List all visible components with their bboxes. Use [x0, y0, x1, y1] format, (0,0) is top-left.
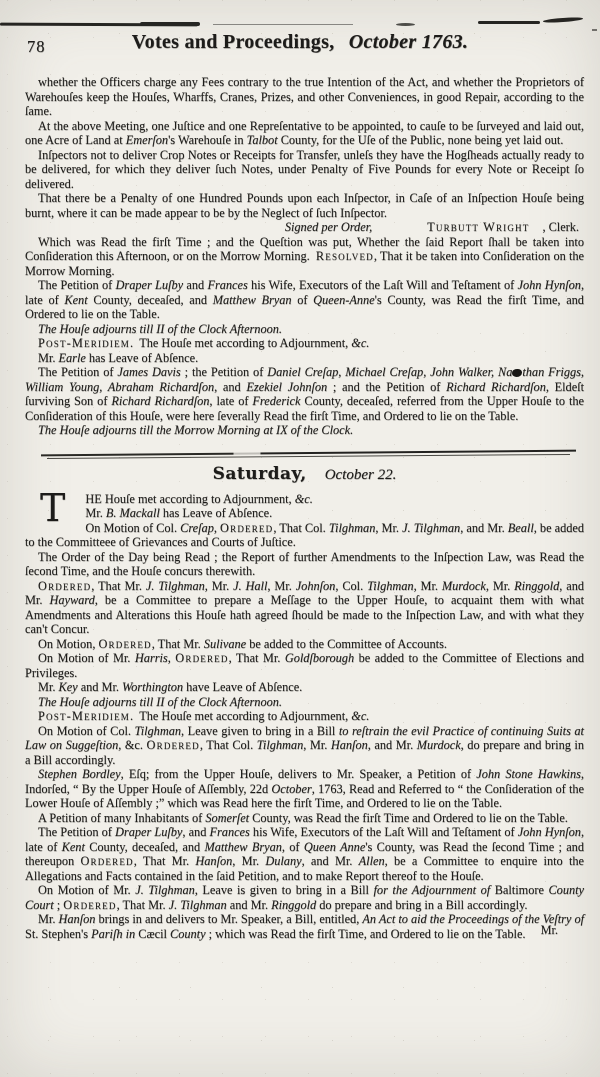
text-segment: Draper Luſby [115, 825, 182, 839]
text-segment: , Mr. [205, 579, 233, 593]
text-segment: ; and the Petition of [327, 380, 446, 394]
text-segment: Murdock [442, 579, 486, 593]
text-segment: Hanſon [59, 912, 96, 926]
text-segment: Stephen Bordley [38, 767, 121, 781]
text-segment: Mr. [85, 506, 106, 520]
paragraph: On Motion of Mr. J. Tilghman, Leave is g… [25, 883, 584, 912]
text-segment: brings in and delivers to Mr. Speaker, a… [95, 912, 362, 926]
text-segment: Sulivane [204, 637, 246, 651]
text-segment: Post-Meridiem [38, 336, 130, 350]
text-segment: has Leave of Abſence. [160, 506, 272, 520]
paragraph: On Motion of Col. Creſap, Ordered, That … [25, 521, 584, 550]
paragraph: The Order of the Day being Read ; the Re… [25, 550, 584, 579]
text-segment: Kent [62, 840, 85, 854]
text-segment: and Mr. [78, 680, 122, 694]
text-segment: , That Mr. [229, 651, 285, 665]
text-segment: , Mr. [375, 521, 402, 535]
text-segment: Post-Meridiem [38, 709, 130, 723]
scanned-document-page: 78 Votes and Proceedings, October 1763. … [0, 0, 600, 1077]
text-segment: &c. [351, 336, 369, 350]
paragraph: The Petition of Draper Luſby, and France… [25, 825, 584, 883]
text-segment: St. Stephen's [25, 927, 91, 941]
text-segment: Matthew Bryan [213, 293, 292, 307]
text-segment: That there be a Penalty of one Hundred P… [25, 191, 584, 220]
text-segment: On Motion of Mr. [38, 651, 135, 665]
section-saturday: Saturday, October 22. THE Houſe met acco… [25, 464, 584, 942]
text-segment: , Eſq; from the Upper Houſe, delivers to… [121, 767, 477, 781]
text-segment: , That Col. [273, 521, 329, 535]
text-segment: A Petition of many Inhabitants of [38, 811, 205, 825]
text-segment: The Petition of [38, 825, 115, 839]
text-segment: J. Tilghman [146, 579, 205, 593]
paragraph: Inſpectors not to deliver Crop Notes or … [25, 148, 584, 192]
text-segment: Ordered [98, 637, 151, 651]
text-segment: , That Mr. [152, 637, 204, 651]
paragraph: Post-Meridiem. The Houſe met according t… [25, 709, 584, 724]
text-segment: October [271, 782, 311, 796]
saturday-paragraphs: THE Houſe met according to Adjournment, … [25, 492, 584, 942]
text-segment: Daniel Creſap, Michael Creſap, John Walk… [267, 365, 512, 379]
text-segment: , late of [209, 394, 252, 408]
text-segment: , That Mr. [91, 579, 146, 593]
text-segment: Mr. [38, 680, 59, 694]
text-segment: Frederick [252, 394, 300, 408]
text-segment: whether the Officers charge any Fees con… [25, 75, 584, 118]
text-segment: and [183, 278, 207, 292]
paragraph: Which was Read the firſt Time ; and the … [25, 235, 584, 279]
text-segment: Tilghman [367, 579, 413, 593]
text-segment: County, deceaſed, and [88, 293, 213, 307]
text-segment: Richard Richardſon [111, 394, 209, 408]
text-segment: &c. [351, 709, 369, 723]
text-segment: The Order of the Day being Read ; the Re… [25, 550, 584, 579]
text-segment: Cæcil [135, 927, 170, 941]
paragraph: THE Houſe met according to Adjournment, … [25, 492, 584, 507]
text-segment: his Wife, Executors of the Laſt Will and… [248, 278, 518, 292]
text-segment: , Leave given to bring in a Bill [181, 724, 339, 738]
text-segment: J. Hall [233, 579, 267, 593]
paragraph: The Houſe adjourns till the Morrow Morni… [25, 423, 584, 438]
paragraph: Mr. B. Mackall has Leave of Abſence. [25, 506, 584, 521]
text-segment: Signed per Order, [272, 220, 372, 235]
text-segment: Tilghman [257, 738, 303, 752]
text-segment: Tilghman [329, 521, 375, 535]
text-segment: County, for the Uſe of the Public, none … [278, 133, 564, 147]
text-segment: Resolved [316, 249, 374, 263]
text-segment: Mr. [38, 912, 59, 926]
text-segment: Creſap [180, 521, 214, 535]
text-segment: , Mr. [303, 738, 331, 752]
text-segment: Beall [508, 521, 534, 535]
text-segment: James Davis [117, 365, 180, 379]
text-segment: ; [54, 898, 64, 912]
text-segment: On Motion of Col. [38, 724, 135, 738]
text-segment: Allen [359, 854, 385, 868]
paragraph: On Motion, Ordered, That Mr. Sulivane be… [25, 637, 584, 652]
paragraph: The Petition of Draper Luſby and Frances… [25, 278, 584, 322]
text-segment: Frances [207, 278, 247, 292]
text-segment: and Mr. [227, 898, 271, 912]
text-segment: The Petition of [38, 278, 116, 292]
drop-cap: T [25, 492, 72, 523]
text-segment: Goldſborough [285, 651, 354, 665]
text-segment: , That Col. [200, 738, 257, 752]
text-segment: Dulany [265, 854, 301, 868]
text-segment: J. Tilghman [135, 883, 195, 897]
text-segment: Tilghman [135, 724, 181, 738]
text-segment: County, deceaſed, and [85, 840, 205, 854]
text-segment: Ordered [63, 898, 116, 912]
text-segment: B. Mackall [106, 506, 160, 520]
text-segment: ; the Petition of [181, 365, 268, 379]
text-segment: Pariſh in [91, 927, 135, 941]
paragraph: A Petition of many Inhabitants of Somerſ… [25, 811, 584, 826]
text-segment: Hanſon [195, 854, 232, 868]
paragraph: Mr. Key and Mr. Worthington have Leave o… [25, 680, 584, 695]
text-segment: Baltimore [490, 883, 548, 897]
text-segment: . The Houſe met according to Adjournment… [130, 709, 351, 723]
paragraph: The Houſe adjourns till II of the Clock … [25, 322, 584, 337]
section-divider-rule [29, 449, 580, 460]
text-segment: Queen-Anne [313, 293, 374, 307]
text-segment: &c. [295, 492, 313, 506]
text-segment: , Mr. [267, 579, 295, 593]
text-segment: , That Mr. [134, 854, 196, 868]
text-segment: Harris [135, 651, 168, 665]
text-segment: Earle [59, 351, 86, 365]
text-segment: Draper Luſby [116, 278, 184, 292]
day-heading: Saturday, October 22. [25, 464, 584, 484]
text-segment: , be a Committee to prepare a Meſſage to… [25, 593, 584, 636]
text-segment: , Mr. [232, 854, 265, 868]
text-segment: of [292, 293, 314, 307]
paragraph: The Houſe adjourns till II of the Clock … [25, 695, 584, 710]
text-segment: The Houſe adjourns till II of the Clock … [38, 322, 282, 336]
text-segment: 's Warehouſe in [168, 133, 247, 147]
text-segment: On Motion of Mr. [38, 883, 135, 897]
text-segment: Emerſon [126, 133, 168, 147]
text-segment: do prepare and bring in a Bill according… [316, 898, 527, 912]
paragraph: Post-Meridiem. The Houſe met according t… [25, 336, 584, 351]
section-friday-continuation: whether the Officers charge any Fees con… [25, 75, 584, 438]
text-segment: Mr. [38, 351, 59, 365]
text-segment: Ordered [147, 738, 200, 752]
text-segment: , and Mr. [368, 738, 417, 752]
text-segment: , Leave is given to bring in a Bill [195, 883, 374, 897]
text-segment: On Motion of Col. [85, 521, 180, 535]
text-segment: Ringgold [271, 898, 316, 912]
paragraph: On Motion of Col. Tilghman, Leave given … [25, 724, 584, 768]
ink-blob [512, 369, 522, 377]
text-segment: John Hynſon [518, 278, 581, 292]
text-segment: , Col. [335, 579, 367, 593]
text-segment: On Motion, [38, 637, 98, 651]
paragraph: At the above Meeting, one Juſtice and on… [25, 119, 584, 148]
text-segment: Talbot [247, 133, 278, 147]
text-segment: J. Tilghman [169, 898, 227, 912]
text-segment: have Leave of Abſence. [183, 680, 302, 694]
text-segment: , of [282, 840, 304, 854]
text-segment: Ordered [220, 521, 273, 535]
running-title-text: Votes and Proceedings, [132, 31, 335, 53]
text-segment: Queen Anne [304, 840, 365, 854]
text-segment: ; which was Read the firſt Time, and Ord… [206, 927, 526, 941]
text-segment: Ringgold [514, 579, 559, 593]
friday-paragraphs: whether the Officers charge any Fees con… [25, 75, 584, 438]
day-date: October 22. [325, 467, 397, 483]
day-name: Saturday, [213, 464, 307, 484]
text-segment: Turbutt Wright [414, 220, 529, 235]
text-segment: John Stone Hawkins [476, 767, 581, 781]
text-segment: , That Mr. [117, 898, 169, 912]
text-segment: , Mr. [486, 579, 514, 593]
text-segment: Key [59, 680, 78, 694]
text-segment: Ordered [38, 579, 91, 593]
text-segment: Hanſon [331, 738, 368, 752]
text-segment: The Houſe adjourns till the Morrow Morni… [38, 423, 353, 437]
text-segment: Frances [210, 825, 250, 839]
text-segment: The Petition of [38, 365, 117, 379]
text-segment: Inſpectors not to deliver Crop Notes or … [25, 148, 584, 191]
text-segment: Hayward [49, 593, 94, 607]
paragraph: The Petition of James Davis ; the Petiti… [25, 365, 584, 423]
paragraph: whether the Officers charge any Fees con… [25, 75, 584, 119]
text-segment: Richard Richardſon [446, 380, 546, 394]
paragraph: That there be a Penalty of one Hundred P… [25, 191, 584, 220]
paragraph: Mr. Earle has Leave of Abſence. [25, 351, 584, 366]
text-segment: his Wife, Executors of the Laſt Will and… [250, 825, 518, 839]
text-segment: Ordered [175, 651, 228, 665]
text-segment: Kent [64, 293, 87, 307]
text-segment: County, was Read the firſt Time and Orde… [249, 811, 568, 825]
running-title: Votes and Proceedings, October 1763. [0, 31, 600, 54]
paragraph: On Motion of Mr. Harris, Ordered, That M… [25, 651, 584, 680]
text-segment: , and Mr. [302, 854, 359, 868]
text-segment: , Mr. [414, 579, 442, 593]
text-segment: , and [182, 825, 209, 839]
text-segment: Ezekiel Johnſon [246, 380, 327, 394]
text-segment: , and Mr. [460, 521, 508, 535]
text-segment: County [170, 927, 206, 941]
text-segment: Johnſon [296, 579, 336, 593]
text-segment: The Houſe adjourns till II of the Clock … [38, 695, 282, 709]
paragraph: Signed per Order,Turbutt Wright, Clerk. [25, 220, 584, 235]
text-segment: , Clerk. [529, 220, 579, 235]
text-segment: Somerſet [205, 811, 249, 825]
text-segment: has Leave of Abſence. [86, 351, 198, 365]
paragraph: Mr. Hanſon brings in and delivers to Mr.… [25, 912, 584, 941]
page-header: 78 Votes and Proceedings, October 1763. [0, 0, 600, 54]
text-segment: Matthew Bryan [204, 840, 281, 854]
text-segment: &c. [121, 738, 146, 752]
text-segment: Ordered [80, 854, 133, 868]
text-segment: be added to the Committee of Accounts. [246, 637, 447, 651]
text-segment: Worthington [122, 680, 183, 694]
text-segment: , and [214, 380, 246, 394]
running-title-date: October 1763. [349, 31, 468, 53]
paragraph: Ordered, That Mr. J. Tilghman, Mr. J. Ha… [25, 579, 584, 637]
paragraph: Stephen Bordley, Eſq; from the Upper Hou… [25, 767, 584, 811]
text-segment: HE Houſe met according to Adjournment, [85, 492, 294, 506]
page-number: 78 [27, 37, 46, 57]
text-segment: Murdock [417, 738, 461, 752]
text-segment: for the Adjournment of [374, 883, 491, 897]
page-body: whether the Officers charge any Fees con… [0, 75, 600, 938]
text-segment: J. Tilghman [402, 521, 460, 535]
text-segment: . The Houſe met according to Adjournment… [130, 336, 351, 350]
text-segment: John Hynſon [518, 825, 581, 839]
